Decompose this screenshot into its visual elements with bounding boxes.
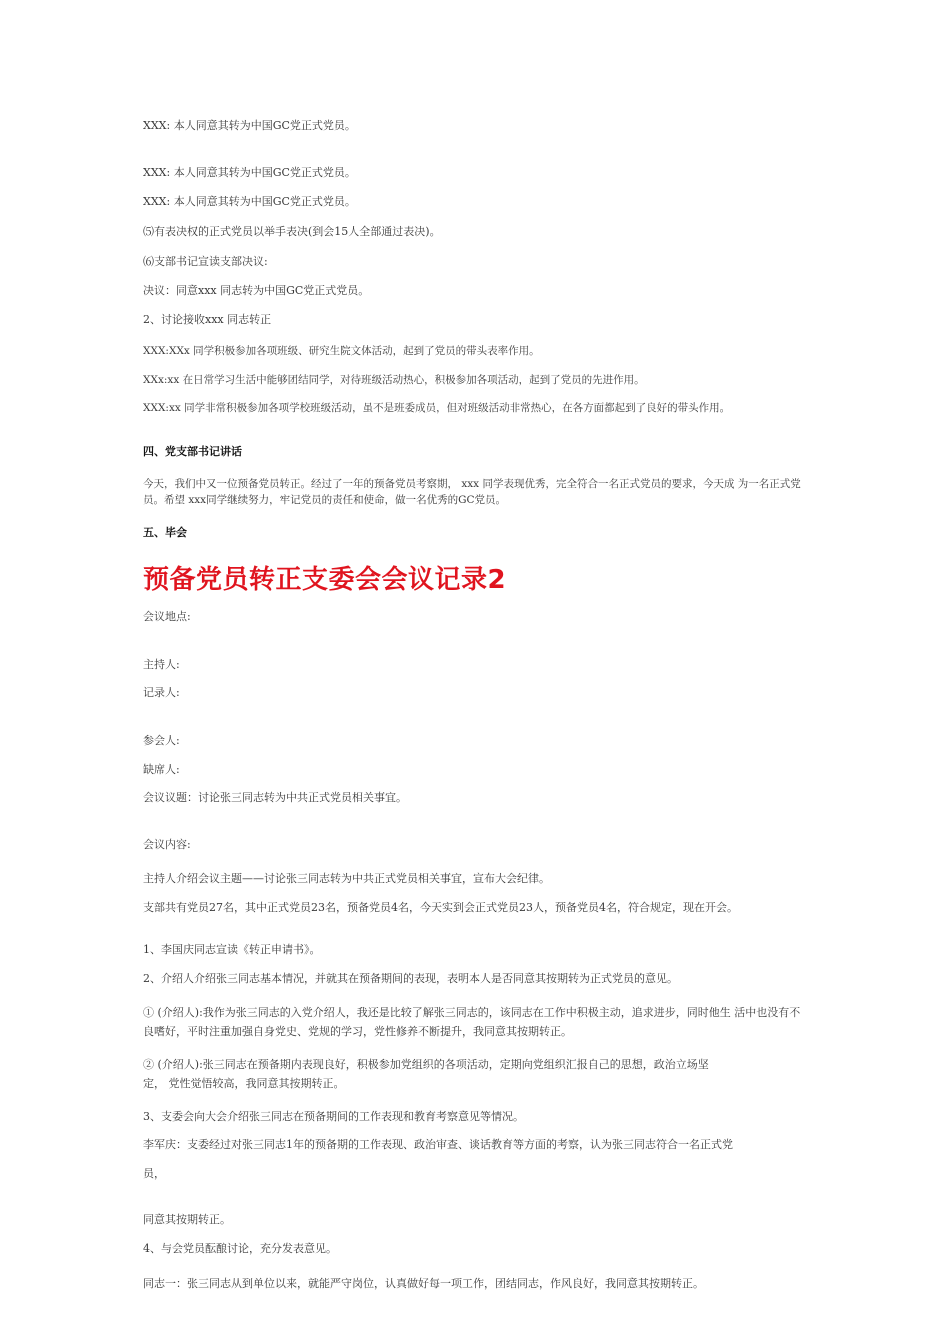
comment-3: XXX:xx 同学非常积极参加各项学校班级活动，虽不是班委成员，但对班级活动非常… [143, 402, 811, 415]
step-2-text: 2、介绍人介绍张三同志基本情况，并就其在预备期间的表现，表明本人是否同意其按期转… [143, 972, 678, 986]
meeting-location-label: 会议地点: [143, 610, 191, 624]
document-page: XXX: 本人同意其转为中国GC党正式党员。 XXX: 本人同意其转为中国GC党… [0, 0, 950, 1344]
heading-secretary-speech: 四、党支部书记讲话 [143, 445, 242, 459]
vote-line-3: XXX: 本人同意其转为中国GC党正式党员。 [143, 195, 356, 209]
step-3-text: 3、支委会向大会介绍张三同志在预备期间的工作表现和教育考察意见等情况。 [143, 1110, 524, 1124]
comrade-1-opinion: 同志一：张三同志从到单位以来，就能严守岗位，认真做好每一项工作，团结同志，作风良… [143, 1277, 704, 1291]
meeting-attendees-label: 参会人: [143, 734, 180, 748]
introducer-2-line-1: ② (介绍人):张三同志在预备期内表现良好，积极参加党组织的各项活动，定期向党组… [143, 1058, 709, 1072]
comment-2: XXx:xx 在日常学习生活中能够团结同学，对待班级活动热心，积极参加各项活动，… [143, 373, 645, 387]
meeting-host-label: 主持人: [143, 658, 180, 672]
committee-opinion-line-1: 李军庆：支委经过对张三同志1年的预备期的工作表现、政治审查、谈话教育等方面的考察… [143, 1138, 733, 1152]
resolution-text: 决议：同意xxx 同志转为中国GC党正式党员。 [143, 284, 369, 298]
host-intro-text: 主持人介绍会议主题——讨论张三同志转为中共正式党员相关事宜，宣布大会纪律。 [143, 872, 550, 886]
step-5-text: ⑸有表决权的正式党员以举手表决(到会15人全部通过表决)。 [143, 225, 441, 239]
secretary-speech-text: 今天，我们中又一位预备党员转正。经过了一年的预备党员考察期， xxx 同学表现优… [143, 476, 811, 508]
committee-opinion-line-3: 同意其按期转正。 [143, 1213, 231, 1227]
heading-meeting-close: 五、毕会 [143, 526, 187, 540]
comment-1: XXX:XXx 同学积极参加各项班级、研究生院文体活动，起到了党员的带头表率作用… [143, 344, 540, 358]
introducer-2-line-2: 定， 党性觉悟较高，我同意其按期转正。 [143, 1077, 345, 1091]
meeting-recorder-label: 记录人: [143, 686, 180, 700]
record-2-title: 预备党员转正支委会会议记录2 [143, 563, 506, 597]
meeting-absent-label: 缺席人: [143, 763, 180, 777]
step-4-text: 4、与会党员酝酿讨论，充分发表意见。 [143, 1242, 337, 1256]
attendance-text: 支部共有党员27名，其中正式党员23名，预备党员4名，今天实到会正式党员23人，… [143, 901, 811, 914]
step-1-text: 1、李国庆同志宣读《转正申请书》。 [143, 943, 321, 957]
committee-opinion-line-2: 员， [143, 1167, 165, 1181]
item-2-text: 2、讨论接收xxx 同志转正 [143, 313, 271, 327]
vote-line-1: XXX: 本人同意其转为中国GC党正式党员。 [143, 119, 356, 133]
meeting-topic: 会议议题：讨论张三同志转为中共正式党员相关事宜。 [143, 791, 407, 805]
introducer-1-text: ① (介绍人):我作为张三同志的入党介绍人，我还是比较了解张三同志的，该同志在工… [143, 1003, 811, 1041]
vote-line-2: XXX: 本人同意其转为中国GC党正式党员。 [143, 166, 356, 180]
step-6-text: ⑹支部书记宣读支部决议: [143, 255, 268, 269]
meeting-content-label: 会议内容: [143, 838, 191, 852]
